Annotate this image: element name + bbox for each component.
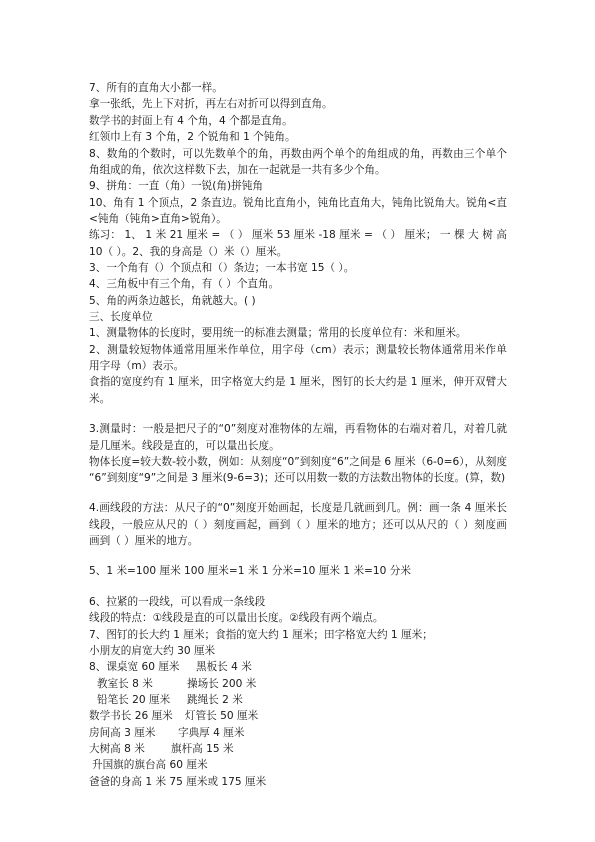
example-left: 教室长 8 米: [97, 678, 153, 690]
text-line: 9、拼角：一直（角）一锐(角)拼钝角: [89, 179, 263, 193]
text-line: 用字母（m）表示。: [89, 359, 184, 373]
text-line: 10、角有 1 个顶点，2 条直边。锐角比直角小，钝角比直角大，钝角比锐角大。锐…: [89, 196, 507, 210]
example-row: 大树高 8 米 旗杆高 15 米: [89, 742, 145, 756]
text-line: 小朋友的肩宽大约 30 厘米: [89, 644, 215, 658]
example-left: 爸爸的身高 1 米 75 厘米或 175 厘米: [89, 776, 266, 788]
example-left: 数学书长 26 厘米: [89, 710, 173, 722]
example-row: 教室长 8 米 操场长 200 米: [97, 677, 153, 691]
example-right: 黑板长 4 米: [196, 660, 252, 674]
example-left: 升国旗的旗台高 60 厘米: [92, 759, 208, 771]
example-right: 字典厚 4 厘米: [178, 726, 244, 740]
text-line: 5、角的两条边越长，角就越大。( ): [89, 294, 256, 308]
example-row: 爸爸的身高 1 米 75 厘米或 175 厘米: [89, 775, 266, 789]
text-line: 3.测量时：一般是把尺子的“0”刻度对准物体的左端，再看物体的右端对着几，对着几…: [89, 422, 507, 436]
text-line: 3、一个角有（）个顶点和（）条边；一本书宽 15（ ）。: [89, 261, 354, 275]
text-line: 1、测量物体的长度时，要用统一的标准去测量；常用的长度单位有：米和厘米。: [89, 326, 467, 340]
text-line: 拿一张纸，先上下对折，再左右对折可以得到直角。: [89, 97, 333, 111]
example-row: 8、课桌宽 60 厘米 黑板长 4 米: [89, 660, 180, 674]
text-line: “6”到刻度“9”之间是 3 厘米(9-6=3)；还可以用数一数的方法数出物体的…: [89, 471, 505, 485]
example-left: 大树高 8 米: [89, 743, 145, 755]
text-line: 2、测量较短物体通常用厘米作单位，用字母（cm）表示；测量较长物体通常用米作单位…: [89, 343, 507, 357]
text-line: 7、所有的直角大小都一样。: [89, 81, 223, 95]
text-line: 是几厘米。线段是直的，可以量出长度。: [89, 439, 280, 453]
example-left: 铅笔长 20 厘米: [97, 694, 170, 706]
text-line: 物体长度=较大数-较小数，例如：从刻度“0”到刻度“6”之间是 6 厘米（6-0…: [89, 455, 507, 469]
text-line: 8、数角的个数时，可以先数单个的角，再数由两个单个的角组成的角，再数由三个单个的: [89, 147, 507, 161]
example-right: 操场长 200 米: [187, 677, 256, 691]
example-left: 8、课桌宽 60 厘米: [89, 661, 180, 673]
example-right: 灯管长 50 厘米: [185, 709, 258, 723]
text-line: 7、图钉的长大约 1 厘米；食指的宽大约 1 厘米；田字格宽大约 1 厘米；: [89, 628, 433, 642]
text-line: <钝角（钝角>直角>锐角）。: [89, 212, 227, 226]
text-line: 画到（ ）厘米的地方。: [89, 534, 198, 548]
example-row: 数学书长 26 厘米 灯管长 50 厘米: [89, 709, 173, 723]
example-right: 跳绳长 2 米: [187, 693, 243, 707]
text-line: 角组成的角，依次这样数下去，加在一起就是一共有多少个角。: [89, 163, 386, 177]
section-heading: 三、长度单位: [89, 310, 153, 324]
text-line: 4.画线段的方法：从尺子的“0”刻度开始画起，长度是几就画到几。例：画一条 4 …: [89, 501, 507, 515]
text-line: 10（ ）。2、我的身高是（）米（）厘米。: [89, 245, 287, 259]
text-line: 数学书的封面上有 4 个角，4 个都是直角。: [89, 114, 293, 128]
document-page: 7、所有的直角大小都一样。 拿一张纸，先上下对折，再左右对折可以得到直角。 数学…: [0, 0, 595, 842]
example-right: 旗杆高 15 米: [171, 742, 234, 756]
text-line: 4、三角板中有三个角，有（ ）个直角。: [89, 277, 279, 291]
text-line: 线段，一般应从尺的（ ）刻度画起，画到（ ）厘米的地方；还可以从尺的（ ）刻度画…: [89, 518, 507, 532]
example-left: 房间高 3 厘米: [89, 727, 155, 739]
text-line: 米。: [89, 392, 110, 406]
example-row: 房间高 3 厘米 字典厚 4 厘米: [89, 726, 155, 740]
text-line: 6、拉紧的一段线，可以看成一条线段: [89, 595, 265, 609]
text-line: 5、1 米=100 厘米 100 厘米=1 米 1 分米=10 厘米 1 米=1…: [89, 564, 411, 578]
text-line: 线段的特点：①线段是直的可以量出长度。②线段有两个端点。: [89, 611, 383, 625]
text-line: 红领巾上有 3 个角，2 个锐角和 1 个钝角。: [89, 130, 296, 144]
text-line: 练习： 1、 1 米 21 厘米 = （ ） 厘米 53 厘米 -18 厘米 =…: [89, 228, 507, 242]
example-row: 铅笔长 20 厘米 跳绳长 2 米: [97, 693, 170, 707]
text-line: 食指的宽度约有 1 厘米，田字格宽大约是 1 厘米，图钉的长大约是 1 厘米，伸…: [89, 375, 507, 389]
example-row: 升国旗的旗台高 60 厘米: [92, 758, 208, 772]
